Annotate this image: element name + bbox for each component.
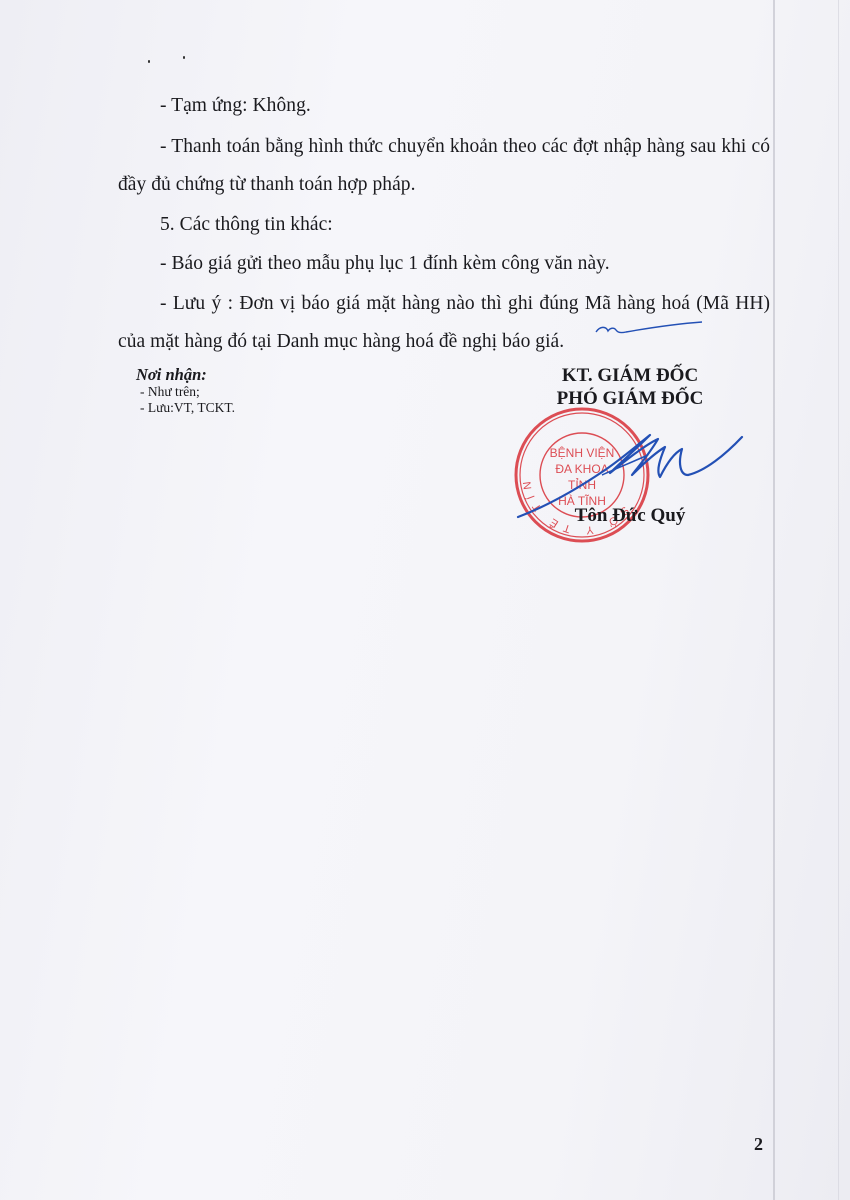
scan-fold-line [773,0,775,1200]
recipient-item: - Lưu:VT, TCKT. [136,400,235,416]
handwritten-signature [510,425,745,525]
scan-speck [183,56,185,59]
paragraph-quote-form: - Báo giá gửi theo mẫu phụ lục 1 đính kè… [118,245,770,283]
recipients-section: Nơi nhận: - Như trên; - Lưu:VT, TCKT. [136,366,235,416]
initials-mark [594,320,704,340]
signature-title-line1: KT. GIÁM ĐỐC [520,364,740,387]
recipient-item: - Như trên; [136,384,235,400]
paragraph-payment-method: - Thanh toán bằng hình thức chuyển khoản… [118,128,770,204]
page-number: 2 [754,1134,763,1155]
scan-speck [148,60,150,63]
paragraph-other-info-heading: 5. Các thông tin khác: [118,206,770,244]
recipients-title: Nơi nhận: [136,366,235,384]
paragraph-advance-payment: - Tạm ứng: Không. [118,87,770,125]
scan-edge-line [838,0,839,1200]
signature-block: KT. GIÁM ĐỐC PHÓ GIÁM ĐỐC [520,364,740,410]
